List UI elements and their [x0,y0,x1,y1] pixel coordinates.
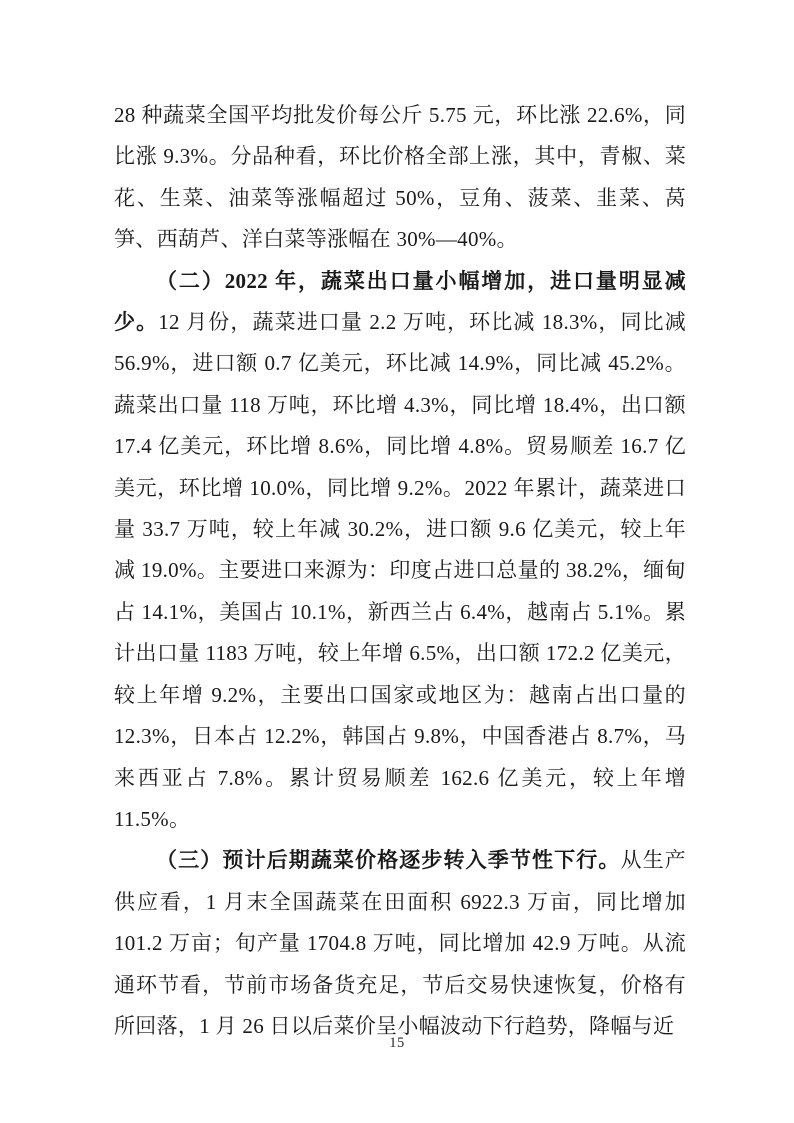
section-3-heading: （三）预计后期蔬菜价格逐步转入季节性下行。 [156,848,620,872]
paragraph-section-2: （二）2022 年，蔬菜出口量小幅增加，进口量明显减少。12 月份，蔬菜进口量 … [114,261,686,841]
paragraph-text: 12 月份，蔬菜进口量 2.2 万吨，环比减 18.3%，同比减 56.9%，进… [114,310,686,831]
page-number: 15 [0,1034,794,1052]
document-body: 28 种蔬菜全国平均批发价每公斤 5.75 元，环比涨 22.6%，同比涨 9.… [114,95,686,1047]
document-page: 28 种蔬菜全国平均批发价每公斤 5.75 元，环比涨 22.6%，同比涨 9.… [0,0,794,1123]
paragraph-text: 28 种蔬菜全国平均批发价每公斤 5.75 元，环比涨 22.6%，同比涨 9.… [114,103,686,251]
paragraph-text: 从生产供应看，1 月末全国蔬菜在田面积 6922.3 万亩，同比增加 101.2… [114,848,686,1038]
paragraph-continuation: 28 种蔬菜全国平均批发价每公斤 5.75 元，环比涨 22.6%，同比涨 9.… [114,95,686,261]
paragraph-section-3: （三）预计后期蔬菜价格逐步转入季节性下行。从生产供应看，1 月末全国蔬菜在田面积… [114,840,686,1047]
